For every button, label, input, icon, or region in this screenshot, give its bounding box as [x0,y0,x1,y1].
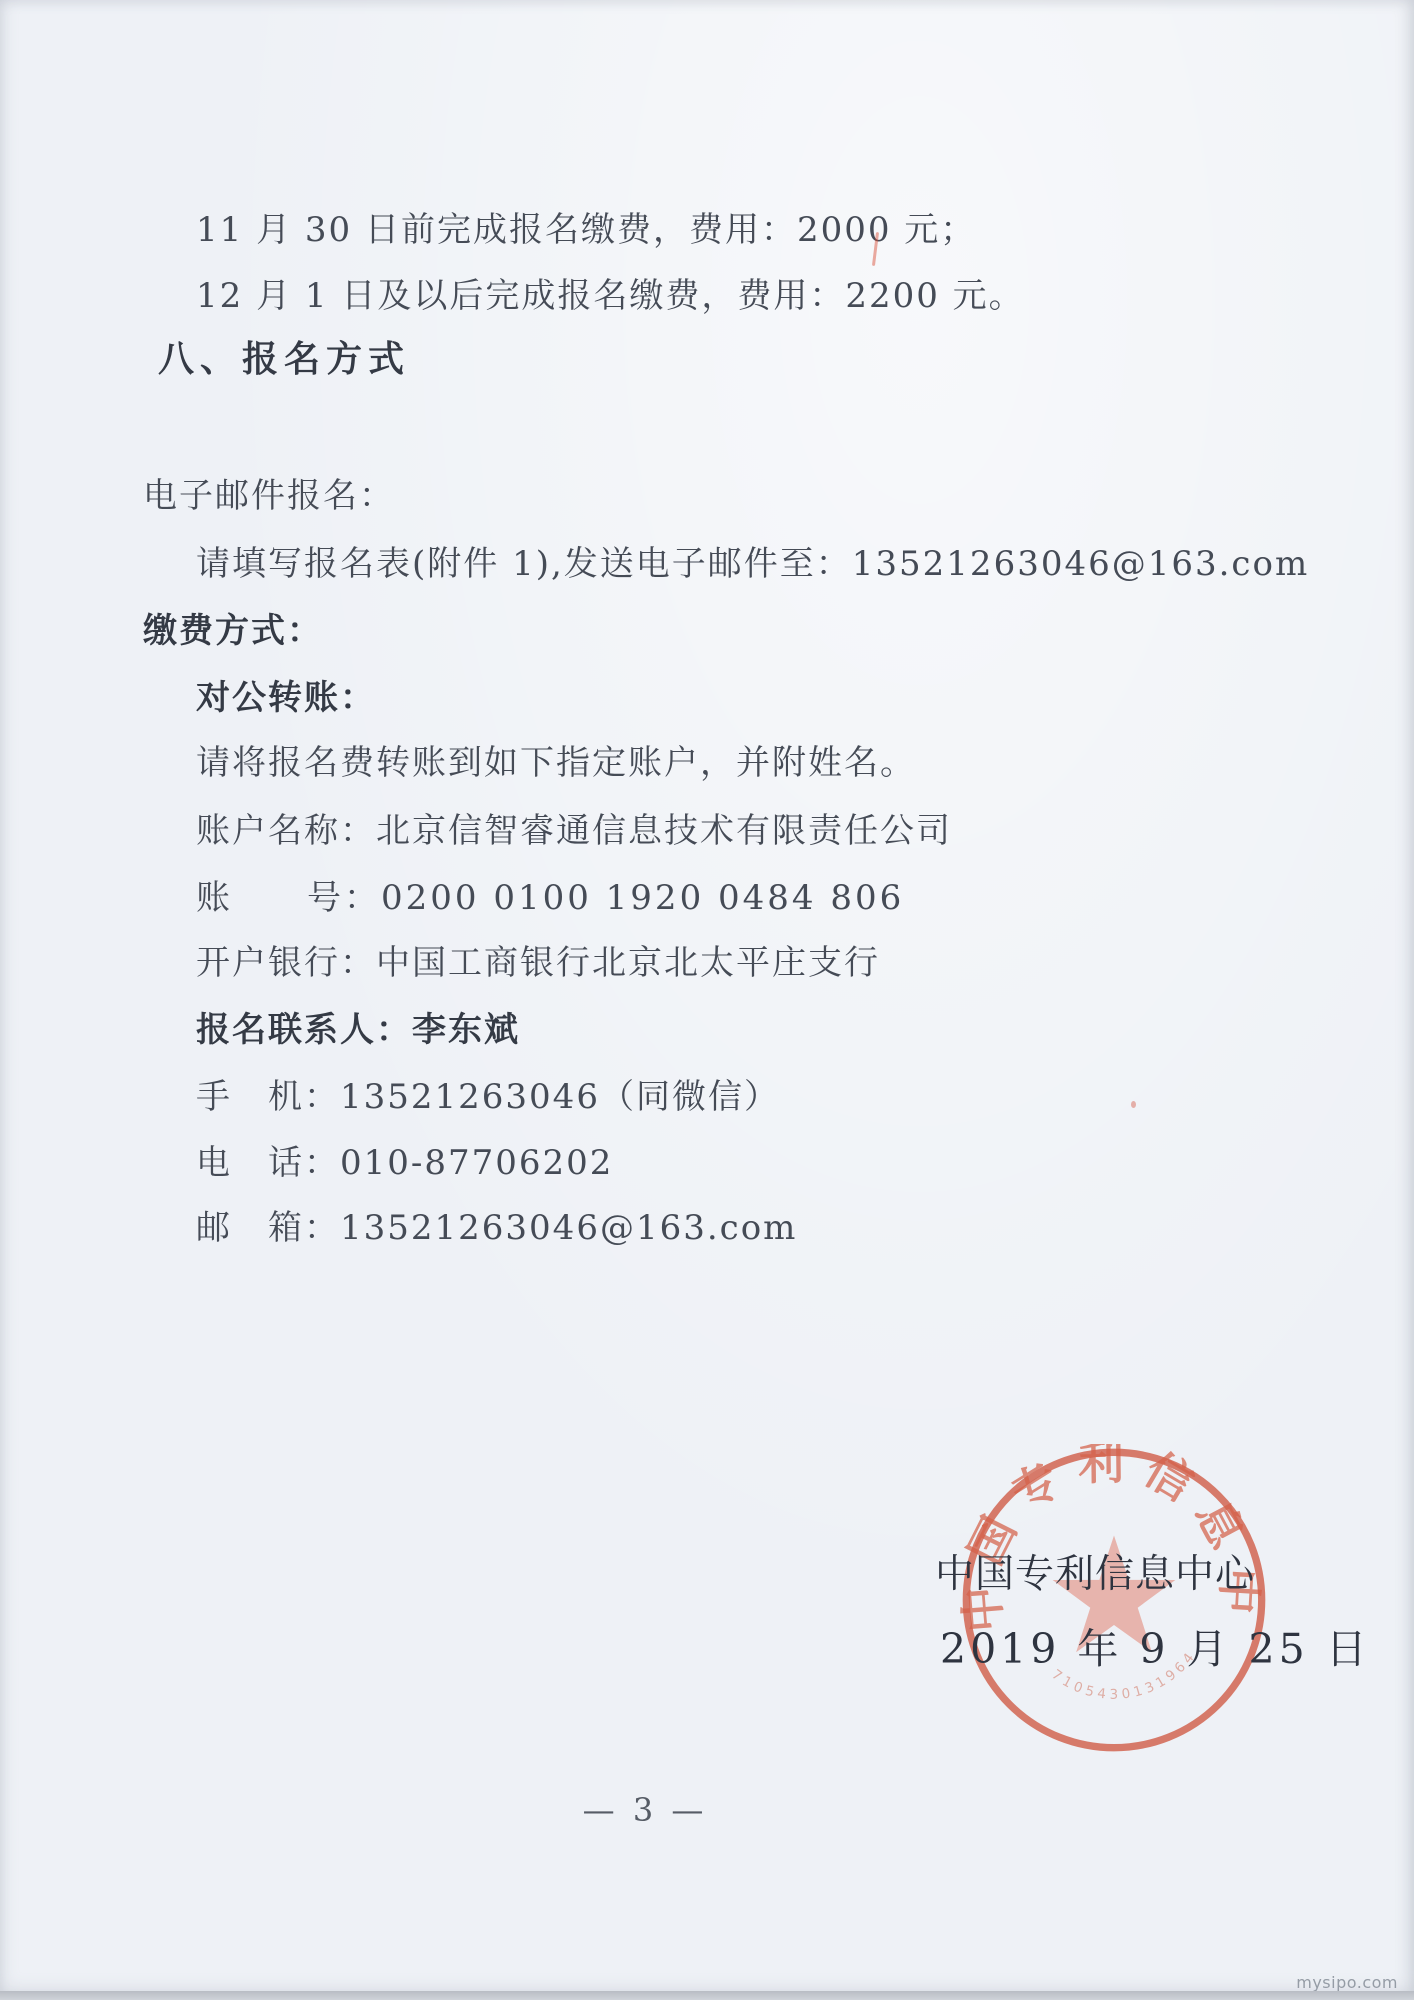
payment-method-heading: 缴费方式： [143,612,323,650]
contact-email-line: 邮 箱：13521263046@163.com [196,1209,797,1247]
payment-transfer-heading: 对公转账： [196,679,376,717]
account-number-line: 账 号：0200 0100 1920 0484 806 [196,879,904,917]
section-heading-registration-method: 八、报名方式 [158,340,410,378]
bank-branch-line: 开户银行：中国工商银行北京北太平庄支行 [196,944,880,982]
scan-bottom-edge [0,1991,1414,2000]
scan-artifact-red-dot [1131,1101,1136,1108]
scanned-document-page: 11 月 30 日前完成报名缴费，费用：2000 元； 12 月 1 日及以后完… [0,0,1414,2000]
signature-date: 2019 年 9 月 25 日 [940,1630,1371,1668]
account-name-line: 账户名称：北京信智睿通信息技术有限责任公司 [196,812,952,850]
official-seal-stamp: 中国专利信息中心 7105430131964 [958,1444,1270,1756]
seal-graphic: 中国专利信息中心 7105430131964 [958,1444,1270,1756]
fee-deadline-line-1: 11 月 30 日前完成报名缴费，费用：2000 元； [196,211,976,249]
email-registration-label: 电子邮件报名： [143,477,395,515]
site-watermark: mysipo.com [1296,1973,1398,1992]
payment-instruction: 请将报名费转账到如下指定账户，并附姓名。 [196,744,916,782]
fee-deadline-line-2: 12 月 1 日及以后完成报名缴费，费用：2200 元。 [196,277,1025,315]
contact-person-line: 报名联系人：李东斌 [196,1011,520,1049]
contact-phone-line: 电 话：010-87706202 [196,1144,613,1182]
page-number: — 3 — [560,1791,730,1829]
contact-mobile-line: 手 机：13521263046（同微信） [196,1078,780,1116]
email-registration-instruction: 请填写报名表(附件 1),发送电子邮件至：13521263046@163.com [196,545,1309,583]
signature-organization: 中国专利信息中心 [935,1556,1255,1594]
